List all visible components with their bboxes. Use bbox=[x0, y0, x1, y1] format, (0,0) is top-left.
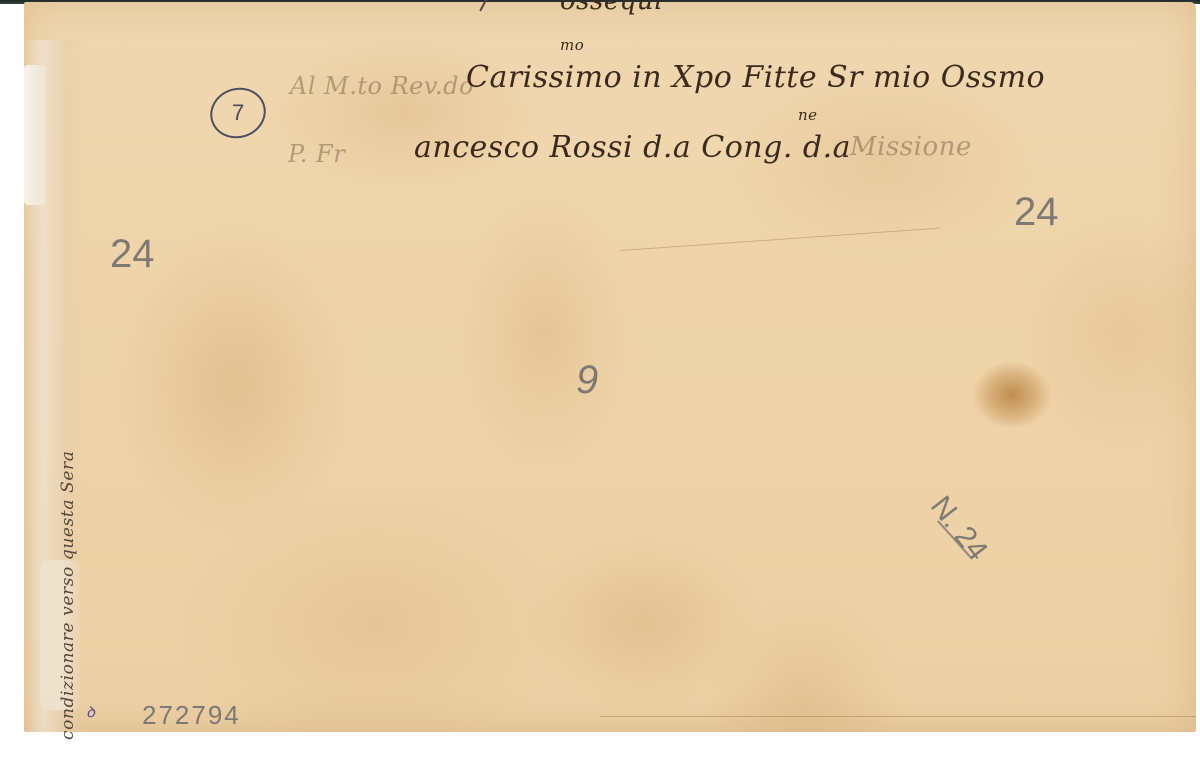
paper-sheet bbox=[24, 2, 1196, 732]
pencil-number-right: 24 bbox=[1014, 190, 1059, 235]
inventory-number: 272794 bbox=[142, 700, 241, 731]
address-line-1-faded: Al M.to Rev.do bbox=[290, 72, 474, 100]
paper-bottom-edge bbox=[600, 716, 1196, 717]
address-line-2: ancesco Rossi d.a Cong. d.a bbox=[414, 130, 851, 165]
pencil-number-left: 24 bbox=[110, 232, 155, 277]
address-superscript-mo: mo bbox=[560, 36, 584, 54]
address-line-2-faded-end: Missione bbox=[850, 132, 972, 162]
address-line-2-faded: P. Fr bbox=[288, 140, 345, 168]
left-margin-wear bbox=[24, 65, 46, 205]
purple-stamp-mark: ꝺ bbox=[86, 702, 95, 722]
address-line-1: Carissimo in Xpo Fitte Sr mio Ossmo bbox=[466, 60, 1045, 95]
circled-number: 7 bbox=[232, 100, 244, 126]
pencil-number-center: 9 bbox=[576, 358, 598, 403]
address-superscript-ne: ne bbox=[798, 106, 818, 124]
address-top-fragment: ossequi bbox=[560, 0, 663, 16]
vertical-margin-note: condizionare verso questa Sera bbox=[58, 451, 78, 740]
document-scan: ossequi mo Al M.to Rev.do Carissimo in X… bbox=[0, 0, 1200, 768]
